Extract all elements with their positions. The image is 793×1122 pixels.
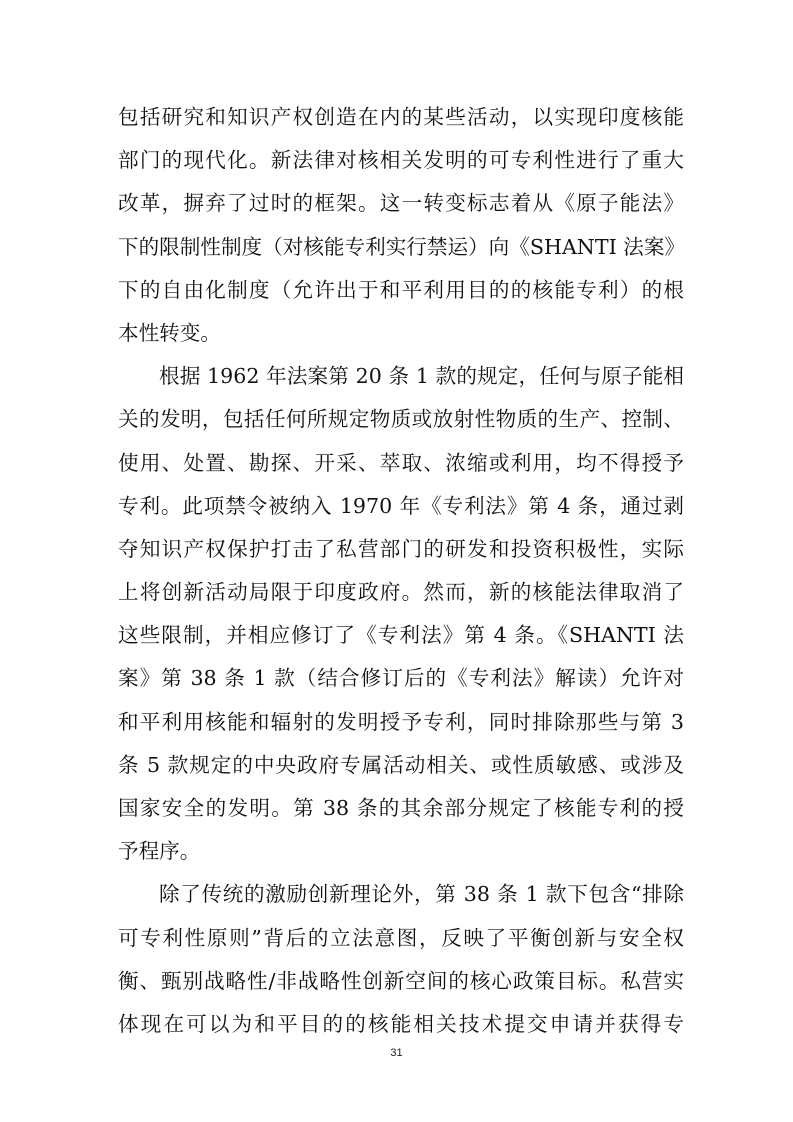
text-line: 衡、甄别战略性/非战略性创新空间的核心政策目标。私营实 [118, 960, 684, 1003]
text-line: 国家安全的发明。第 38 条的其余部分规定了核能专利的授 [118, 787, 684, 830]
text-line: 案》第 38 条 1 款（结合修订后的《专利法》解读）允许对 [118, 657, 684, 700]
text-line: 这些限制，并相应修订了《专利法》第 4 条。《SHANTI 法 [118, 614, 684, 657]
text-line: 部门的现代化。新法律对核相关发明的可专利性进行了重大 [118, 139, 684, 182]
text-line: 夺知识产权保护打击了私营部门的研发和投资积极性，实际 [118, 528, 684, 571]
text-line: 予程序。 [118, 830, 684, 873]
text-line: 根据 1962 年法案第 20 条 1 款的规定，任何与原子能相 [118, 355, 684, 398]
paragraph-2: 根据 1962 年法案第 20 条 1 款的规定，任何与原子能相 关的发明，包括… [118, 355, 684, 873]
text-line: 条 5 款规定的中央政府专属活动相关、或性质敏感、或涉及 [118, 744, 684, 787]
text-line: 包括研究和知识产权创造在内的某些活动，以实现印度核能 [118, 96, 684, 139]
text-line: 上将创新活动局限于印度政府。然而，新的核能法律取消了 [118, 571, 684, 614]
text-line: 本性转变。 [118, 312, 684, 355]
text-line: 下的限制性制度（对核能专利实行禁运）向《SHANTI 法案》 [118, 226, 684, 269]
text-line: 下的自由化制度（允许出于和平利用目的的核能专利）的根 [118, 269, 684, 312]
page-number: 31 [0, 1047, 793, 1059]
paragraph-3: 除了传统的激励创新理论外，第 38 条 1 款下包含“排除 可专利性原则”背后的… [118, 873, 684, 1046]
document-page: 包括研究和知识产权创造在内的某些活动，以实现印度核能 部门的现代化。新法律对核相… [0, 0, 793, 1122]
text-line: 除了传统的激励创新理论外，第 38 条 1 款下包含“排除 [118, 873, 684, 916]
body-text: 包括研究和知识产权创造在内的某些活动，以实现印度核能 部门的现代化。新法律对核相… [118, 96, 684, 1046]
text-line: 和平利用核能和辐射的发明授予专利，同时排除那些与第 3 [118, 701, 684, 744]
text-line: 使用、处置、勘探、开采、萃取、浓缩或利用，均不得授予 [118, 442, 684, 485]
text-line: 关的发明，包括任何所规定物质或放射性物质的生产、控制、 [118, 398, 684, 441]
text-line: 专利。此项禁令被纳入 1970 年《专利法》第 4 条，通过剥 [118, 485, 684, 528]
text-line: 可专利性原则”背后的立法意图，反映了平衡创新与安全权 [118, 917, 684, 960]
paragraph-1: 包括研究和知识产权创造在内的某些活动，以实现印度核能 部门的现代化。新法律对核相… [118, 96, 684, 355]
text-line: 体现在可以为和平目的的核能相关技术提交申请并获得专 [118, 1003, 684, 1046]
text-line: 改革，摒弃了过时的框架。这一转变标志着从《原子能法》 [118, 182, 684, 225]
